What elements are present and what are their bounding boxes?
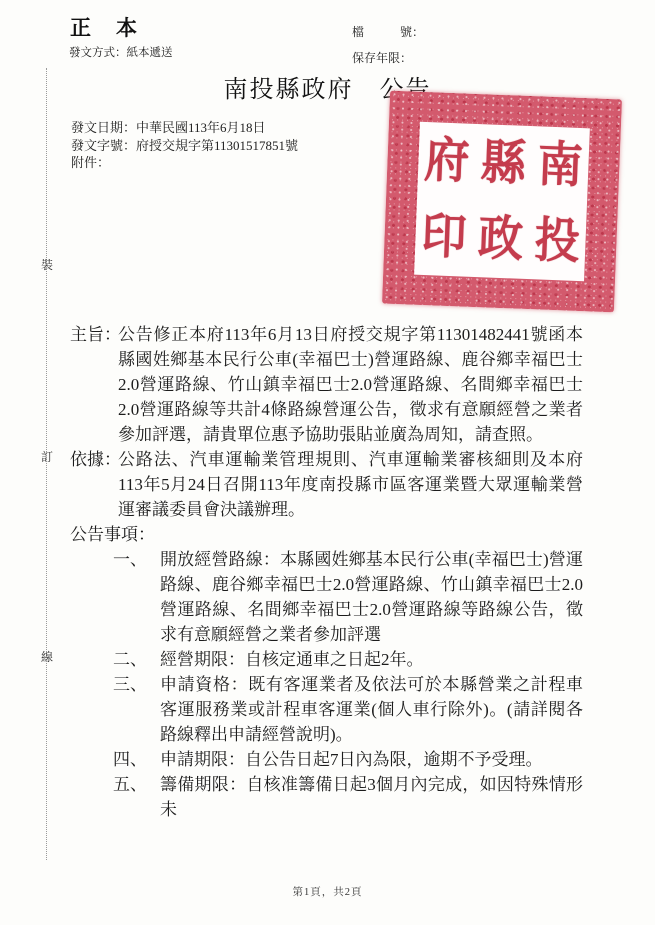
- announcement-item: 一、 開放經營路線：本縣國姓鄉基本民行公車(幸福巴士)營運路線、鹿谷鄉幸福巴士2…: [70, 547, 583, 647]
- seal-char: 印: [420, 212, 467, 262]
- item-text: 開放經營路線：本縣國姓鄉基本民行公車(幸福巴士)營運路線、鹿谷鄉幸福巴士2.0營…: [160, 550, 583, 644]
- doc-number: 發文字號：府授交規字第11301517851號: [71, 137, 298, 155]
- basis-paragraph: 依據： 公路法、汽車運輸業管理規則、汽車運輸業審核細則及本府113年5月24日召…: [70, 447, 583, 522]
- item-number: 二、: [113, 647, 147, 672]
- item-number: 三、: [113, 672, 147, 697]
- seal-char: 府: [423, 136, 470, 186]
- item-text: 經營期限：自核定通車之日起2年。: [160, 650, 424, 669]
- announcement-item: 二、 經營期限：自核定通車之日起2年。: [70, 647, 583, 672]
- retention-period-label: 保存年限：: [352, 49, 412, 66]
- copy-type-label: 正 本: [70, 12, 139, 42]
- binding-mark-ding: 訂: [39, 448, 55, 465]
- announcement-item: 五、 籌備期限：自核准籌備日起3個月內完成，如因特殊情形未: [70, 772, 583, 822]
- official-seal: 南 縣 府 投 政 印: [382, 91, 622, 313]
- item-number: 一、: [113, 547, 147, 572]
- seal-inner-face: 南 縣 府 投 政 印: [414, 122, 590, 281]
- binding-mark-xian: 線: [39, 648, 55, 665]
- binding-mark-zhuang: 裝: [39, 256, 55, 273]
- announcement-item: 三、 申請資格：既有客運業者及依法可於本縣營業之計程車客運服務業或計程車客運業(…: [70, 672, 583, 747]
- issue-date: 發文日期：中華民國113年6月18日: [71, 119, 298, 137]
- subject-paragraph: 主旨： 公告修正本府113年6月13日府授交規字第11301482441號函本縣…: [70, 322, 583, 447]
- basis-label: 依據：: [70, 447, 121, 472]
- document-meta: 發文日期：中華民國113年6月18日 發文字號：府授交規字第1130151785…: [71, 119, 298, 172]
- subject-text: 公告修正本府113年6月13日府授交規字第11301482441號函本縣國姓鄉基…: [118, 325, 583, 444]
- items-header: 公告事項：: [70, 522, 583, 547]
- item-text: 籌備期限：自核准籌備日起3個月內完成，如因特殊情形未: [160, 775, 583, 819]
- page-number-footer: 第1頁，共2頁: [0, 884, 655, 899]
- basis-text: 公路法、汽車運輸業管理規則、汽車運輸業審核細則及本府113年5月24日召開113…: [118, 450, 583, 519]
- item-number: 五、: [113, 772, 147, 797]
- item-text: 申請資格：既有客運業者及依法可於本縣營業之計程車客運服務業或計程車客運業(個人車…: [160, 675, 583, 744]
- item-number: 四、: [113, 747, 147, 772]
- announcement-item: 四、 申請期限：自公告日起7日內為限，逾期不予受理。: [70, 747, 583, 772]
- seal-char: 投: [534, 217, 581, 267]
- file-number-label: 檔 號：: [352, 23, 424, 40]
- attachment-label: 附件：: [71, 154, 298, 172]
- seal-char: 縣: [480, 138, 527, 188]
- subject-label: 主旨：: [70, 322, 121, 347]
- item-text: 申請期限：自公告日起7日內為限，逾期不予受理。: [160, 750, 543, 769]
- delivery-method-label: 發文方式：紙本遞送: [69, 44, 173, 60]
- document-page: 裝 訂 線 正 本 發文方式：紙本遞送 檔 號： 保存年限： 南投縣政府 公告 …: [0, 0, 655, 925]
- seal-char: 政: [477, 215, 524, 265]
- document-body: 主旨： 公告修正本府113年6月13日府授交規字第11301482441號函本縣…: [70, 322, 583, 822]
- seal-char: 南: [537, 140, 584, 190]
